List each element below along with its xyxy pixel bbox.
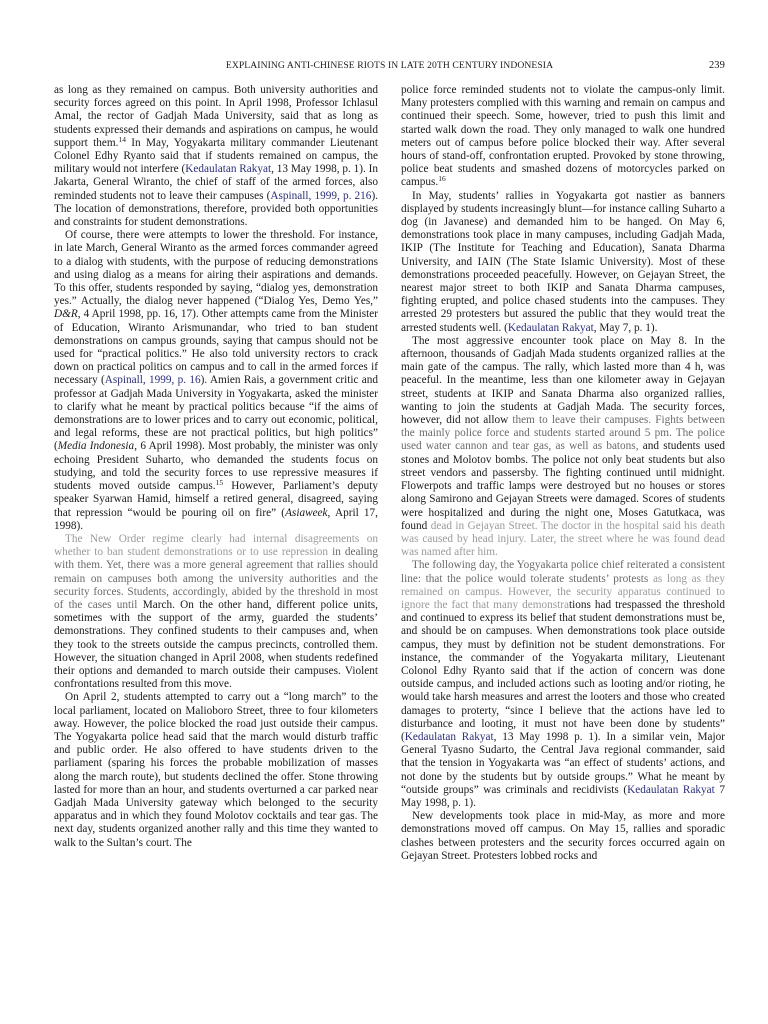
paragraph: In May, students’ rallies in Yogyakarta … <box>401 190 725 335</box>
citation-link[interactable]: Kedaulatan Rakyat <box>185 163 271 175</box>
paragraph: The following day, the Yogyakarta police… <box>401 559 725 810</box>
page-number: 239 <box>709 60 725 71</box>
paragraph-continued: police force reminded students not to vi… <box>401 84 725 190</box>
footnote-ref-14[interactable]: 14 <box>118 135 126 144</box>
running-title: EXPLAINING ANTI-CHINESE RIOTS IN LATE 20… <box>54 60 725 71</box>
text-run-faded: The New Order regime clearly had interna… <box>54 533 378 558</box>
paragraph: New developments took place in mid-May, … <box>401 810 725 863</box>
footnote-ref-16[interactable]: 16 <box>438 174 446 183</box>
left-column: as long as they remained on campus. Both… <box>54 84 378 850</box>
citation-link[interactable]: Aspinall, 1999, p. 16 <box>105 374 201 386</box>
text-run: , May 7, p. 1). <box>594 322 658 334</box>
paragraph-continued: as long as they remained on campus. Both… <box>54 84 378 229</box>
citation-link[interactable]: Aspinall, 1999, p. 216 <box>270 190 371 202</box>
paragraph: On April 2, students attempted to carry … <box>54 691 378 849</box>
citation-link[interactable]: Kedaulatan Rakyat <box>508 322 594 334</box>
paragraph: Of course, there were attempts to lower … <box>54 229 378 533</box>
source-title: D&R <box>54 308 78 320</box>
source-title: Asiaweek <box>285 507 327 519</box>
text-run: In May, students’ rallies in Yogyakarta … <box>401 190 725 334</box>
paragraph: The most aggressive encounter took place… <box>401 335 725 559</box>
text-run: March. On the other hand, different poli… <box>54 599 378 690</box>
citation-link[interactable]: Kedaulatan Rakyat <box>627 784 715 796</box>
text-run: and students used stones and Molotov bom… <box>401 440 725 531</box>
text-run: Of course, there were attempts to lower … <box>54 229 378 307</box>
text-run: tions had trespassed the threshold and c… <box>401 599 725 743</box>
text-run: New developments took place in mid-May, … <box>401 810 725 862</box>
paragraph: The New Order regime clearly had interna… <box>54 533 378 691</box>
right-column: police force reminded students not to vi… <box>401 84 725 863</box>
source-title: Media Indonesia <box>58 440 134 452</box>
text-run: On April 2, students attempted to carry … <box>54 691 378 848</box>
running-head: EXPLAINING ANTI-CHINESE RIOTS IN LATE 20… <box>54 60 725 76</box>
footnote-ref-15[interactable]: 15 <box>216 478 224 487</box>
text-run-faded: dead in Gejayan Street. The doctor in th… <box>401 520 725 558</box>
text-run: police force reminded students not to vi… <box>401 84 725 188</box>
text-run: The most aggressive encounter took place… <box>401 335 725 426</box>
citation-link[interactable]: Kedaulatan Rakyat <box>405 731 494 743</box>
